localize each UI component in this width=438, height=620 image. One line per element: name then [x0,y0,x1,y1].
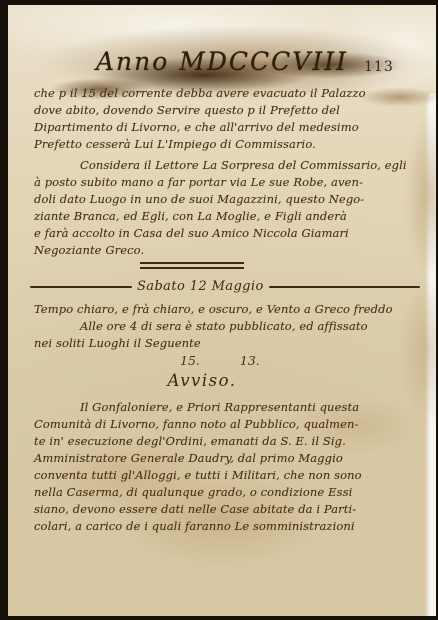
reference-number: 15. [180,353,200,368]
manuscript-line: Tempo chiaro, e frà chiaro, e oscuro, e … [34,301,416,318]
date-heading: Sabato 12 Maggio [137,279,264,294]
manuscript-line: te in' esecuzione degl'Ordini, emanati d… [34,433,416,450]
manuscript-line: à posto subito mano a far portar via Le … [34,174,416,191]
notice-paragraph: Il Gonfaloniere, e Priori Rappresentanti… [34,399,416,535]
manuscript-line: Alle ore 4 di sera è stato pubblicato, e… [34,318,416,335]
manuscript-line: Amministratore Generale Daudry, dal prim… [34,450,416,467]
photo-backdrop-edge [425,93,436,616]
manuscript-line: Comunità di Livorno, fanno noto al Pubbl… [34,416,416,433]
manuscript-page: Anno MDCCCVIII 113 che p il 15 del corre… [8,5,436,616]
reference-numbers: 15. 13. [180,353,260,368]
manuscript-line: conventa tutti gl'Alloggi, e tutti i Mil… [34,467,416,484]
reference-number: 13. [240,353,260,368]
date-heading-row: Sabato 12 Maggio [30,279,420,294]
manuscript-line: ziante Branca, ed Egli, con La Moglie, e… [34,208,416,225]
manuscript-line: doli dato Luogo in uno de suoi Magazzini… [34,191,416,208]
manuscript-line: che p il 15 del corrente debba avere eva… [34,85,416,102]
manuscript-line: Negoziante Greco. [34,242,416,259]
manuscript-line: colari, a carico de i quali faranno Le s… [34,518,416,535]
year-heading: Anno MDCCCVIII [96,47,348,76]
manuscript-line: Dipartimento di Livorno, e che all'arriv… [34,119,416,136]
manuscript-line: dove abito, dovendo Servire questo p il … [34,102,416,119]
entry-saturday-weather: Tempo chiaro, e frà chiaro, e oscuro, e … [34,301,416,352]
entry-friday-paragraph-1: che p il 15 del corrente debba avere eva… [34,85,416,153]
manuscript-line: nei soliti Luoghi il Seguente [34,335,416,352]
date-rule-right [269,286,420,288]
manuscript-line: nella Caserma, di qualunque grado, o con… [34,484,416,501]
manuscript-line: e farà accolto in Casa del suo Amico Nic… [34,225,416,242]
manuscript-line: Il Gonfaloniere, e Priori Rappresentanti… [34,399,416,416]
manuscript-photo: Anno MDCCCVIII 113 che p il 15 del corre… [0,0,438,620]
notice-title: Avviso. [8,371,396,390]
manuscript-line: Prefetto cesserà Lui L'Impiego di Commis… [34,136,416,153]
date-rule-left [30,286,132,288]
entry-friday-paragraph-2: Considera il Lettore La Sorpresa del Com… [34,157,416,259]
manuscript-line: Considera il Lettore La Sorpresa del Com… [34,157,416,174]
manuscript-line: siano, devono essere dati nelle Case abi… [34,501,416,518]
page-number: 113 [364,59,394,75]
section-divider-double-rule [140,262,244,269]
